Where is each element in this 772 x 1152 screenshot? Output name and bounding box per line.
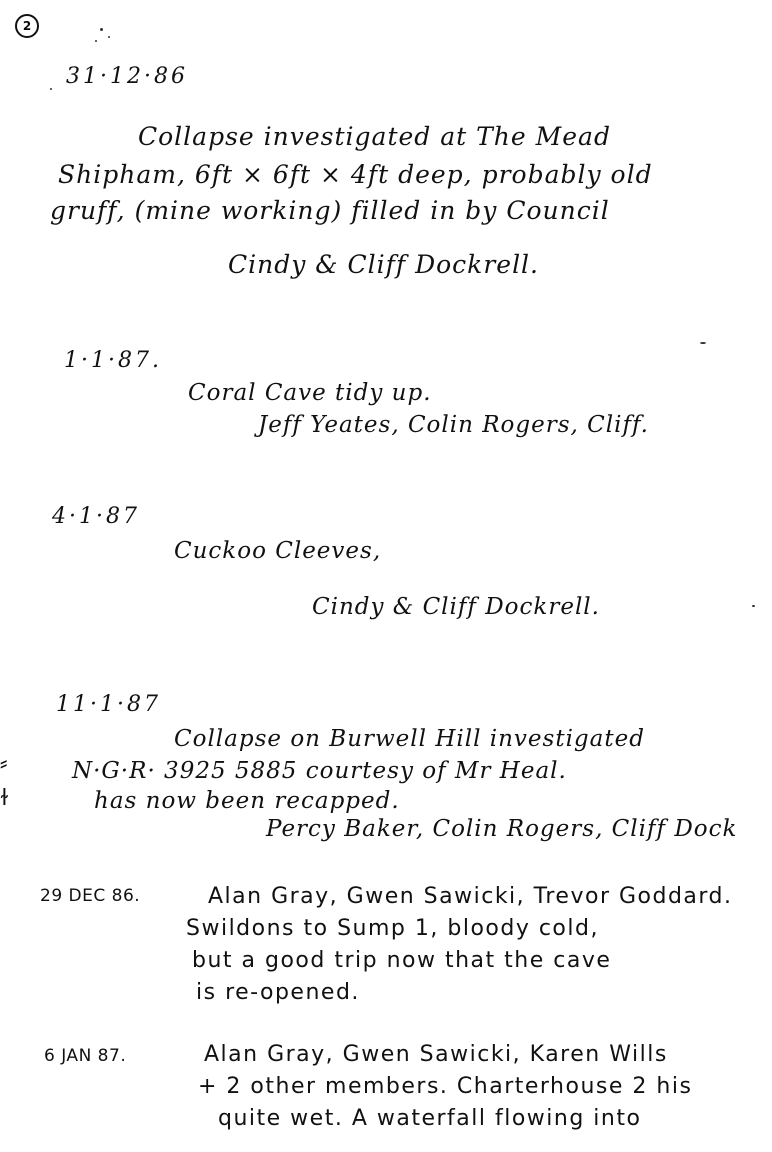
entry-signature: Percy Baker, Colin Rogers, Cliff Dock	[266, 816, 737, 842]
entry-date: 31·12·86	[66, 64, 188, 89]
page-number-circle: 2	[15, 14, 39, 38]
entry-date: 4·1·87	[52, 504, 140, 529]
entry-signature: Cindy & Cliff Dockrell.	[228, 250, 539, 279]
entry-line: Collapse investigated at The Mead	[138, 122, 611, 151]
entry-line: Cuckoo Cleeves,	[174, 538, 381, 564]
entry-line: has now been recapped.	[94, 788, 400, 814]
entry-signature: Jeff Yeates, Colin Rogers, Cliff.	[258, 412, 649, 438]
entry-line: Alan Gray, Gwen Sawicki, Trevor Goddard.	[208, 884, 733, 909]
entry-line: Shipham, 6ft × 6ft × 4ft deep, probably …	[58, 160, 653, 189]
entry-line: gruff, (mine working) filled in by Counc…	[50, 196, 610, 225]
entry-line: is re-opened.	[196, 980, 360, 1005]
entry-line: Alan Gray, Gwen Sawicki, Karen Wills	[204, 1042, 668, 1067]
scan-speck	[752, 605, 755, 607]
scan-speck	[100, 28, 103, 31]
scan-speck	[50, 88, 52, 90]
logbook-page: 2 31·12·86 Collapse investigated at The …	[0, 0, 772, 1152]
entry-line: Collapse on Burwell Hill investigated	[174, 726, 645, 752]
scan-speck	[700, 342, 706, 344]
entry-line: quite wet. A waterfall flowing into	[218, 1106, 641, 1131]
scan-speck	[95, 40, 97, 42]
entry-date: 6 JAN 87.	[44, 1046, 126, 1066]
entry-line: + 2 other members. Charterhouse 2 his	[198, 1074, 692, 1099]
entry-date: 29 DEC 86.	[40, 886, 140, 906]
margin-scribble: ɫ	[0, 786, 9, 811]
entry-signature: Cindy & Cliff Dockrell.	[312, 594, 600, 620]
entry-line: Swildons to Sump 1, bloody cold,	[186, 916, 599, 941]
margin-scribble: ⸗	[0, 750, 7, 776]
scan-speck	[108, 36, 110, 38]
entry-line: Coral Cave tidy up.	[188, 380, 432, 406]
entry-date: 1·1·87.	[64, 348, 162, 373]
entry-line: N·G·R· 3925 5885 courtesy of Mr Heal.	[72, 758, 567, 784]
entry-date: 11·1·87	[56, 692, 161, 717]
entry-line: but a good trip now that the cave	[192, 948, 611, 973]
